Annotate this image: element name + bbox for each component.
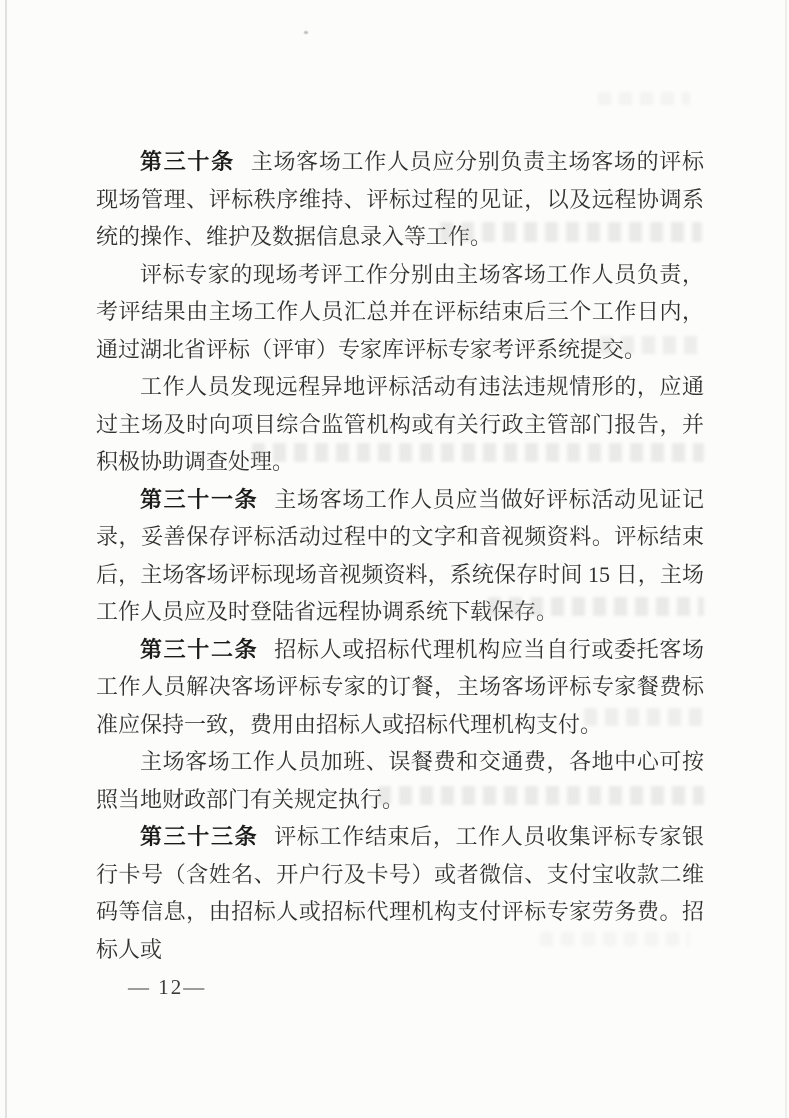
paragraph-article-33: 第三十三条评标工作结束后，工作人员收集评标专家银行卡号（含姓名、开户行及卡号）或…	[96, 818, 704, 968]
paragraph-article-31: 第三十一条主场客场工作人员应当做好评标活动见证记录，妥善保存评标活动过程中的文字…	[96, 481, 704, 631]
article-number: 第三十条	[140, 149, 235, 174]
paragraph-article-32: 第三十二条招标人或招标代理机构应当自行或委托客场工作人员解决客场评标专家的订餐，…	[96, 631, 704, 744]
scan-edge-artifact-right	[785, 0, 787, 1118]
paragraph-article-30: 第三十条主场客场工作人员应分别负责主场客场的评标现场管理、评标秩序维持、评标过程…	[96, 143, 704, 256]
paragraph-text: 工作人员发现远程异地评标活动有违法违规情形的，应通过主场及时向项目综合监管机构或…	[96, 374, 704, 474]
document-body: 第三十条主场客场工作人员应分别负责主场客场的评标现场管理、评标秩序维持、评标过程…	[96, 143, 704, 968]
article-number: 第三十二条	[140, 637, 258, 662]
article-number: 第三十一条	[140, 487, 258, 512]
paragraph-text: 主场客场工作人员加班、误餐费和交通费，各地中心可按照当地财政部门有关规定执行。	[96, 749, 704, 812]
scanned-document-page: 第三十条主场客场工作人员应分别负责主场客场的评标现场管理、评标秩序维持、评标过程…	[0, 0, 789, 1118]
paragraph-article-30-sub-1: 评标专家的现场考评工作分别由主场客场工作人员负责，考评结果由主场工作人员汇总并在…	[96, 256, 704, 369]
paragraph-text: 评标专家的现场考评工作分别由主场客场工作人员负责，考评结果由主场工作人员汇总并在…	[96, 262, 704, 362]
paragraph-article-30-sub-2: 工作人员发现远程异地评标活动有违法违规情形的，应通过主场及时向项目综合监管机构或…	[96, 368, 704, 481]
scan-speck-artifact	[304, 31, 308, 34]
scan-edge-artifact-left	[5, 0, 7, 1118]
article-number: 第三十三条	[140, 824, 258, 849]
paragraph-article-32-sub-1: 主场客场工作人员加班、误餐费和交通费，各地中心可按照当地财政部门有关规定执行。	[96, 743, 704, 818]
page-number: — 12—	[128, 975, 206, 1000]
bleedthrough-artifact	[598, 92, 690, 105]
